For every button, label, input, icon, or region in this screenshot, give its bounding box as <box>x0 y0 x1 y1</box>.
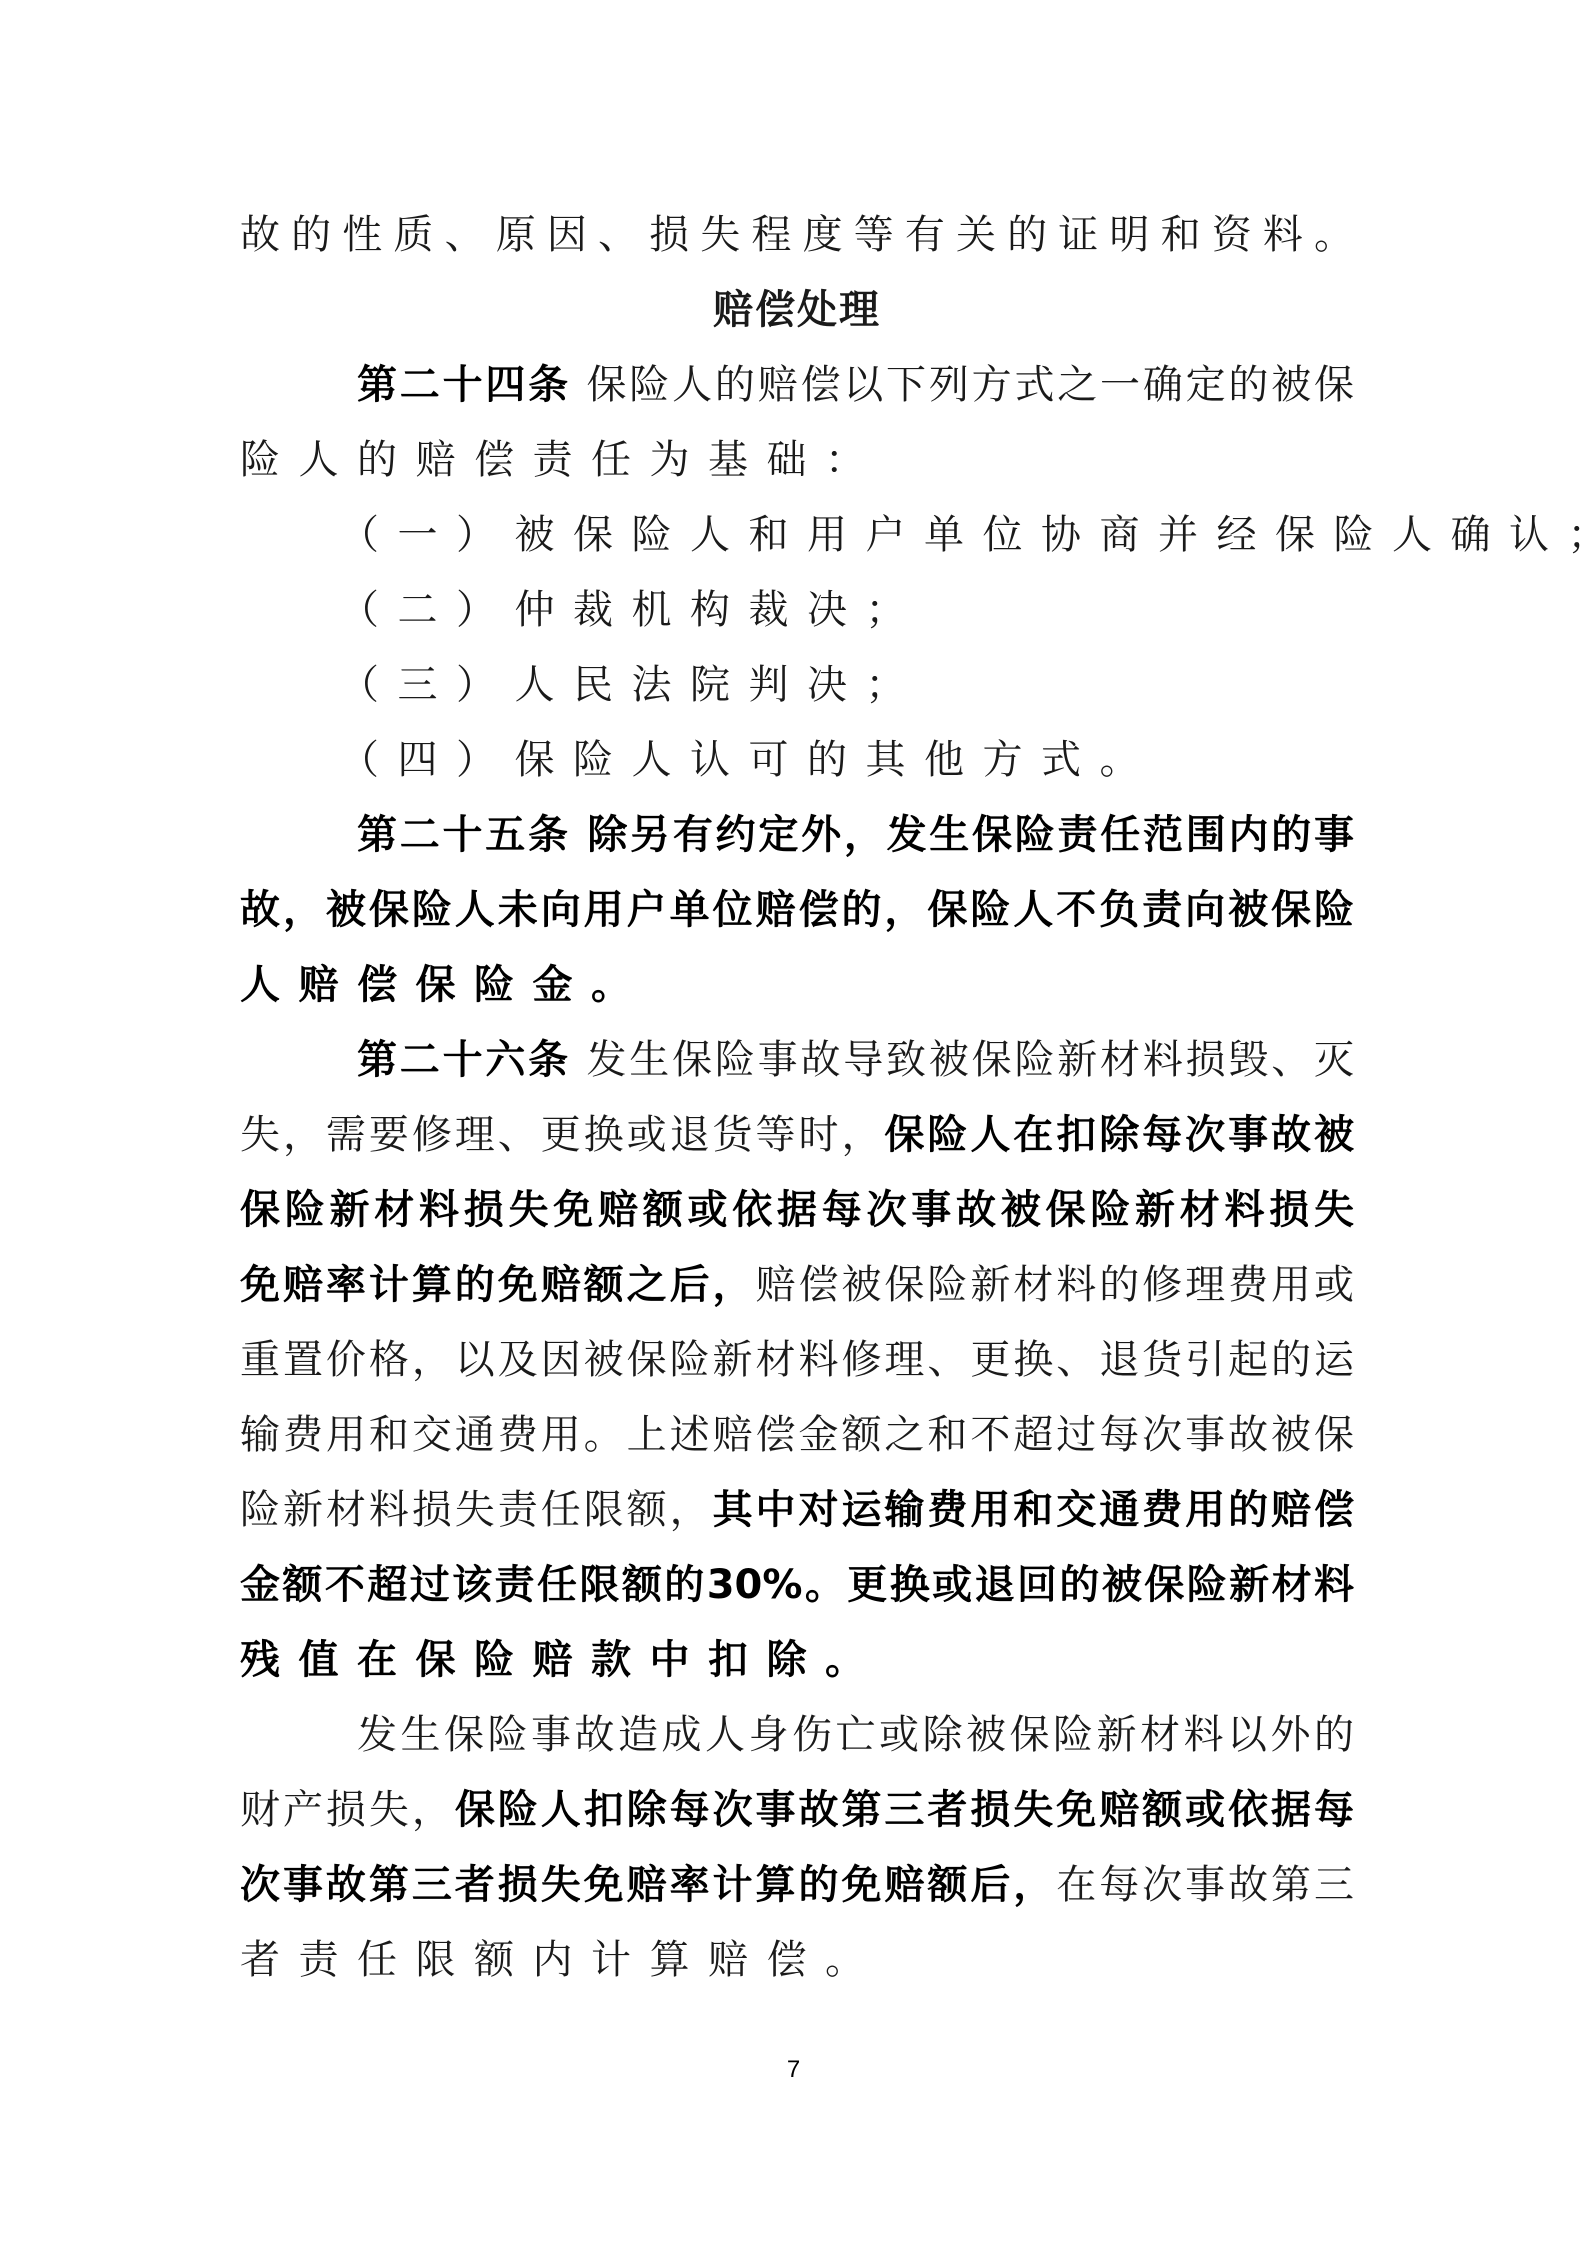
paragraph-line-continuation: 故的性质、原因、损失程度等有关的证明和资料。 <box>240 198 1354 273</box>
text-segment-bold: 保险新材料损失免赔额或依据每次事故被保险新材料损失 <box>240 1187 1354 1233</box>
text-segment: 险新材料损失责任限额， <box>240 1487 713 1533</box>
text-segment: 者责任限额内计算赔偿。 <box>240 1937 884 1983</box>
article-26-line-6: 输费用和交通费用。上述赔偿金额之和不超过每次事故被保 <box>240 1398 1354 1473</box>
list-item-text: （二）仲裁机构裁决； <box>339 587 924 633</box>
article-number: 第二十六条 <box>357 1037 571 1083</box>
paragraph-third-party-line-3: 次事故第三者损失免赔率计算的免赔额后，在每次事故第三 <box>240 1848 1354 1923</box>
text-segment-bold: 保险人在扣除每次事故被 <box>884 1112 1354 1158</box>
list-item-text: （一）被保险人和用户单位协商并经保险人确认； <box>339 512 1587 558</box>
text-segment-bold: 人赔偿保险金。 <box>240 962 650 1008</box>
text-segment-bold: 金额不超过该责任限额的30%。更换或退回的被保险新材料 <box>240 1562 1354 1608</box>
list-item-2: （二）仲裁机构裁决； <box>240 573 1354 648</box>
list-item-4: （四）保险人认可的其他方式。 <box>240 723 1354 798</box>
article-number: 第二十四条 <box>357 362 571 408</box>
paragraph-third-party-line-1: 发生保险事故造成人身伤亡或除被保险新材料以外的 <box>240 1698 1354 1773</box>
article-26-line-7: 险新材料损失责任限额，其中对运输费用和交通费用的赔偿 <box>240 1473 1354 1548</box>
article-26-line-8: 金额不超过该责任限额的30%。更换或退回的被保险新材料 <box>240 1548 1354 1623</box>
paragraph-third-party-line-2: 财产损失，保险人扣除每次事故第三者损失免赔额或依据每 <box>240 1773 1354 1848</box>
text-segment-bold: 其中对运输费用和交通费用的赔偿 <box>713 1487 1354 1533</box>
list-item-text: （四）保险人认可的其他方式。 <box>339 737 1158 783</box>
text-segment: 赔偿被保险新材料的修理费用或 <box>756 1262 1354 1308</box>
article-26-line-4: 免赔率计算的免赔额之后，赔偿被保险新材料的修理费用或 <box>240 1248 1354 1323</box>
list-item-3: （三）人民法院判决； <box>240 648 1354 723</box>
section-heading-text: 赔偿处理 <box>713 287 881 333</box>
article-26-line-1: 第二十六条 发生保险事故导致被保险新材料损毁、灭 <box>240 1023 1354 1098</box>
section-heading-claims-handling: 赔偿处理 <box>240 273 1354 348</box>
text-segment-bold: 次事故第三者损失免赔率计算的免赔额后， <box>240 1862 1056 1908</box>
text-segment-bold: 保险人扣除每次事故第三者损失免赔额或依据每 <box>455 1787 1354 1833</box>
article-25-line-1: 第二十五条 除另有约定外，发生保险责任范围内的事 <box>240 798 1354 873</box>
text-segment-bold: 免赔率计算的免赔额之后， <box>240 1262 756 1308</box>
text-segment-bold: 残值在保险赔款中扣除。 <box>240 1637 884 1683</box>
article-26-line-3: 保险新材料损失免赔额或依据每次事故被保险新材料损失 <box>240 1173 1354 1248</box>
document-body: 故的性质、原因、损失程度等有关的证明和资料。 赔偿处理 第二十四条 保险人的赔偿… <box>240 198 1354 1998</box>
text-segment: 在每次事故第三 <box>1056 1862 1354 1908</box>
text-segment-bold: 故，被保险人未向用户单位赔偿的，保险人不负责向被保险 <box>240 887 1354 933</box>
article-25-line-3: 人赔偿保险金。 <box>240 948 1354 1023</box>
article-26-line-2: 失，需要修理、更换或退货等时，保险人在扣除每次事故被 <box>240 1098 1354 1173</box>
text-segment: 重置价格，以及因被保险新材料修理、更换、退货引起的运 <box>240 1337 1354 1383</box>
article-24-line-1: 第二十四条 保险人的赔偿以下列方式之一确定的被保 <box>240 348 1354 423</box>
article-26-line-5: 重置价格，以及因被保险新材料修理、更换、退货引起的运 <box>240 1323 1354 1398</box>
paragraph-third-party-line-4: 者责任限额内计算赔偿。 <box>240 1923 1354 1998</box>
text-segment: 输费用和交通费用。上述赔偿金额之和不超过每次事故被保 <box>240 1412 1354 1458</box>
text-segment: 险人的赔偿责任为基础： <box>240 437 884 483</box>
list-item-text: （三）人民法院判决； <box>339 662 924 708</box>
text-segment: 财产损失， <box>240 1787 455 1833</box>
article-26-line-9: 残值在保险赔款中扣除。 <box>240 1623 1354 1698</box>
article-25-line-2: 故，被保险人未向用户单位赔偿的，保险人不负责向被保险 <box>240 873 1354 948</box>
text-segment: 故的性质、原因、损失程度等有关的证明和资料。 <box>240 212 1354 258</box>
text-segment: 发生保险事故导致被保险新材料损毁、灭 <box>571 1037 1354 1083</box>
list-item-1: （一）被保险人和用户单位协商并经保险人确认； <box>240 498 1354 573</box>
document-page: 故的性质、原因、损失程度等有关的证明和资料。 赔偿处理 第二十四条 保险人的赔偿… <box>0 0 1587 2245</box>
article-24-line-2: 险人的赔偿责任为基础： <box>240 423 1354 498</box>
text-segment-bold: 第二十五条 除另有约定外，发生保险责任范围内的事 <box>357 812 1354 858</box>
text-segment: 失，需要修理、更换或退货等时， <box>240 1112 884 1158</box>
page-number: 7 <box>0 2056 1587 2084</box>
text-segment: 保险人的赔偿以下列方式之一确定的被保 <box>571 362 1354 408</box>
text-segment: 发生保险事故造成人身伤亡或除被保险新材料以外的 <box>357 1712 1354 1758</box>
